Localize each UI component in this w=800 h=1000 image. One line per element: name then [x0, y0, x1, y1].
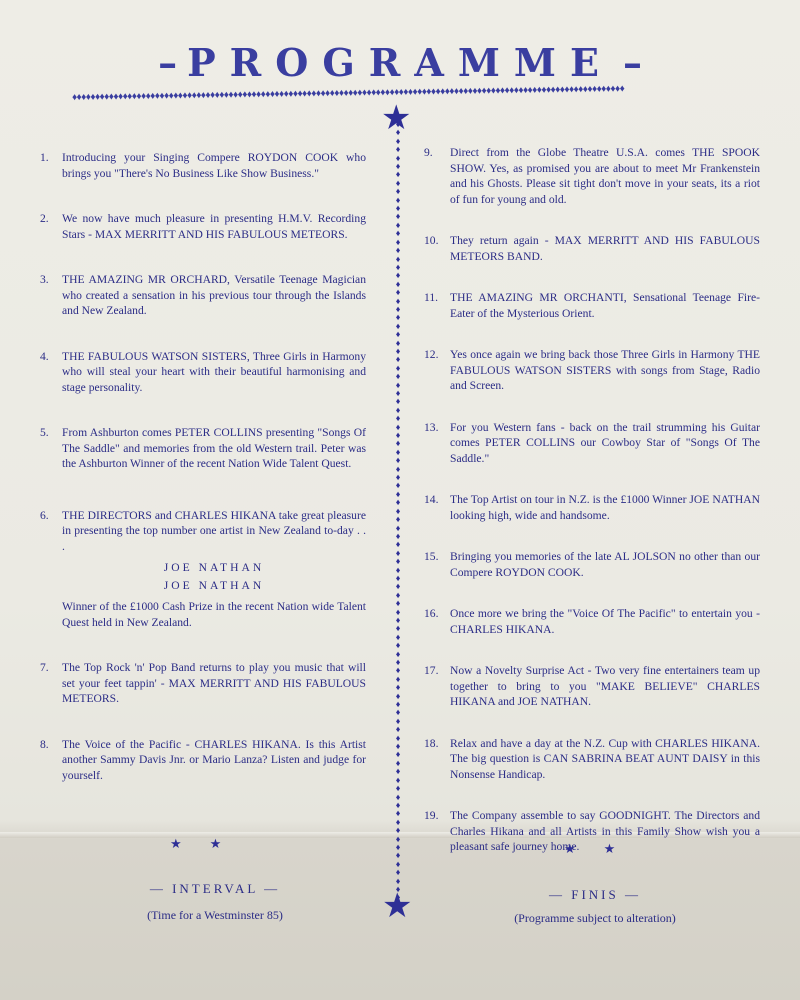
item-number: 6.	[40, 508, 62, 631]
item-description: THE AMAZING MR ORCHANTI, Sensational Tee…	[450, 290, 760, 321]
item-text: Bringing you memories of the late AL JOL…	[450, 549, 760, 580]
item-number: 13.	[424, 420, 450, 467]
item-description: Introducing your Singing Compere ROYDON …	[62, 150, 366, 181]
item-number: 10.	[424, 233, 450, 264]
item-number: 5.	[40, 425, 62, 472]
item-description: Now a Novelty Surprise Act - Two very fi…	[450, 663, 760, 710]
item-text: Once more we bring the "Voice Of The Pac…	[450, 606, 760, 637]
item-text: THE AMAZING MR ORCHARD, Versatile Teenag…	[62, 272, 366, 319]
programme-item: 13.For you Western fans - back on the tr…	[424, 420, 760, 467]
featured-artist: JOE NATHAN	[62, 578, 366, 594]
title-dash-right: –	[613, 40, 652, 85]
item-text: Relax and have a day at the N.Z. Cup wit…	[450, 736, 760, 783]
title-text: PROGRAMME	[187, 40, 613, 85]
finis-stars: ★★	[564, 841, 643, 857]
page-title: –PROGRAMME–	[0, 40, 800, 85]
programme-item: 14.The Top Artist on tour in N.Z. is the…	[424, 492, 760, 523]
item-description: Relax and have a day at the N.Z. Cup wit…	[450, 736, 760, 783]
item-text: Yes once again we bring back those Three…	[450, 347, 760, 394]
item-number: 17.	[424, 663, 450, 710]
star-icon: ★	[210, 836, 250, 851]
star-icon: ★	[382, 890, 412, 924]
item-text: We now have much pleasure in presenting …	[62, 211, 366, 242]
item-text: For you Western fans - back on the trail…	[450, 420, 760, 467]
programme-item: 15.Bringing you memories of the late AL …	[424, 549, 760, 580]
item-description: The Top Rock 'n' Pop Band returns to pla…	[62, 660, 366, 707]
item-description: The Top Artist on tour in N.Z. is the £1…	[450, 492, 760, 523]
programme-item: 16.Once more we bring the "Voice Of The …	[424, 606, 760, 637]
vertical-dot-divider: ♦♦♦♦♦♦♦♦♦♦♦♦♦♦♦♦♦♦♦♦♦♦♦♦♦♦♦♦♦♦♦♦♦♦♦♦♦♦♦♦…	[394, 120, 402, 900]
item-description: Direct from the Globe Theatre U.S.A. com…	[450, 145, 760, 207]
programme-item: 1.Introducing your Singing Compere ROYDO…	[40, 150, 366, 181]
programme-item: 3.THE AMAZING MR ORCHARD, Versatile Teen…	[40, 272, 366, 319]
item-description: Yes once again we bring back those Three…	[450, 347, 760, 394]
programme-item: 11.THE AMAZING MR ORCHANTI, Sensational …	[424, 290, 760, 321]
programme-item: 18.Relax and have a day at the N.Z. Cup …	[424, 736, 760, 783]
programme-item: 17.Now a Novelty Surprise Act - Two very…	[424, 663, 760, 710]
star-icon: ★	[604, 841, 644, 856]
programme-item: 4.THE FABULOUS WATSON SISTERS, Three Gir…	[40, 349, 366, 396]
item-text: The Top Rock 'n' Pop Band returns to pla…	[62, 660, 366, 707]
item-text: From Ashburton comes PETER COLLINS prese…	[62, 425, 366, 472]
item-text: The Top Artist on tour in N.Z. is the £1…	[450, 492, 760, 523]
finis-heading: — FINIS —	[480, 887, 710, 903]
item-number: 18.	[424, 736, 450, 783]
programme-item: 9.Direct from the Globe Theatre U.S.A. c…	[424, 145, 760, 207]
programme-item: 5.From Ashburton comes PETER COLLINS pre…	[40, 425, 366, 472]
item-text: They return again - MAX MERRITT AND HIS …	[450, 233, 760, 264]
star-icon: ★	[170, 836, 210, 851]
item-text: Introducing your Singing Compere ROYDON …	[62, 150, 366, 181]
item-text: Direct from the Globe Theatre U.S.A. com…	[450, 145, 760, 207]
item-number: 8.	[40, 737, 62, 784]
item-number: 12.	[424, 347, 450, 394]
item-number: 9.	[424, 145, 450, 207]
star-icon: ★	[381, 102, 411, 136]
programme-item: 6.THE DIRECTORS and CHARLES HIKANA take …	[40, 508, 366, 631]
title-dash-left: –	[148, 40, 187, 85]
item-note: Winner of the £1000 Cash Prize in the re…	[62, 599, 366, 630]
interval-note: (Time for a Westminster 85)	[100, 908, 330, 923]
star-icon: ★	[564, 841, 604, 856]
item-description: The Voice of the Pacific - CHARLES HIKAN…	[62, 737, 366, 784]
item-text: THE FABULOUS WATSON SISTERS, Three Girls…	[62, 349, 366, 396]
programme-column-left: 1.Introducing your Singing Compere ROYDO…	[40, 150, 366, 783]
item-description: Once more we bring the "Voice Of The Pac…	[450, 606, 760, 637]
item-number: 16.	[424, 606, 450, 637]
item-description: THE AMAZING MR ORCHARD, Versatile Teenag…	[62, 272, 366, 319]
item-number: 4.	[40, 349, 62, 396]
item-description: THE DIRECTORS and CHARLES HIKANA take gr…	[62, 508, 366, 555]
programme-column-right: 9.Direct from the Globe Theatre U.S.A. c…	[424, 145, 760, 855]
programme-item: 7.The Top Rock 'n' Pop Band returns to p…	[40, 660, 366, 707]
interval-stars: ★★	[170, 836, 249, 852]
programme-item: 2.We now have much pleasure in presentin…	[40, 211, 366, 242]
item-number: 3.	[40, 272, 62, 319]
item-text: The Voice of the Pacific - CHARLES HIKAN…	[62, 737, 366, 784]
item-number: 11.	[424, 290, 450, 321]
featured-artist: JOE NATHAN	[62, 560, 366, 576]
item-number: 7.	[40, 660, 62, 707]
programme-item: 8.The Voice of the Pacific - CHARLES HIK…	[40, 737, 366, 784]
item-text: THE DIRECTORS and CHARLES HIKANA take gr…	[62, 508, 366, 631]
item-description: They return again - MAX MERRITT AND HIS …	[450, 233, 760, 264]
item-number: 14.	[424, 492, 450, 523]
item-text: THE AMAZING MR ORCHANTI, Sensational Tee…	[450, 290, 760, 321]
item-number: 2.	[40, 211, 62, 242]
item-description: THE FABULOUS WATSON SISTERS, Three Girls…	[62, 349, 366, 396]
programme-item: 10.They return again - MAX MERRITT AND H…	[424, 233, 760, 264]
programme-item: 12.Yes once again we bring back those Th…	[424, 347, 760, 394]
item-description: For you Western fans - back on the trail…	[450, 420, 760, 467]
item-description: From Ashburton comes PETER COLLINS prese…	[62, 425, 366, 472]
item-description: Bringing you memories of the late AL JOL…	[450, 549, 760, 580]
item-number: 1.	[40, 150, 62, 181]
item-description: We now have much pleasure in presenting …	[62, 211, 366, 242]
item-number: 19.	[424, 808, 450, 855]
interval-heading: — INTERVAL —	[100, 881, 330, 897]
finis-note: (Programme subject to alteration)	[480, 911, 710, 926]
item-text: Now a Novelty Surprise Act - Two very fi…	[450, 663, 760, 710]
item-number: 15.	[424, 549, 450, 580]
